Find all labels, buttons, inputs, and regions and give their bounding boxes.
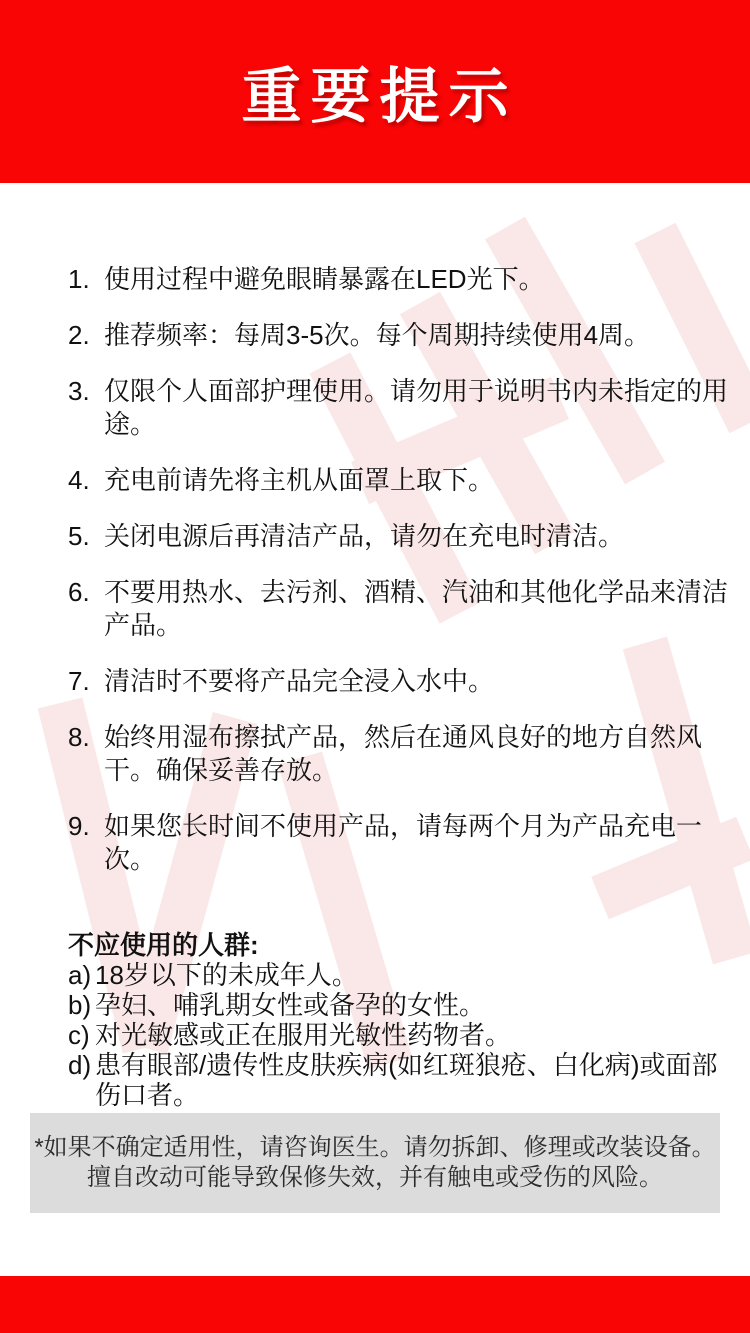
notice-number: 9. [68, 810, 104, 876]
footer-band [0, 1276, 750, 1333]
notice-text: 充电前请先将主机从面罩上取下。 [104, 464, 728, 497]
disclaimer-box: *如果不确定适用性，请咨询医生。请勿拆卸、修理或改装设备。 擅自改动可能导致保修… [30, 1113, 720, 1213]
notice-content: 1. 使用过程中避免眼睛暴露在LED光下。 2. 推荐频率：每周3-5次。每个周… [68, 263, 728, 1110]
exclusion-item: b) 孕妇、哺乳期女性或备孕的女性。 [68, 990, 728, 1020]
header-band: 重要提示 [0, 0, 750, 183]
exclusion-text: 18岁以下的未成年人。 [95, 960, 728, 990]
notice-text: 使用过程中避免眼睛暴露在LED光下。 [104, 263, 728, 296]
notice-item: 1. 使用过程中避免眼睛暴露在LED光下。 [68, 263, 728, 296]
notice-number: 1. [68, 263, 104, 296]
important-notice-page: 重要提示 1. 使用过程中避免眼睛暴露在LED光下。 2. 推荐频率：每周3-5… [0, 0, 750, 1333]
disclaimer-line: 擅自改动可能导致保修失效，并有触电或受伤的风险。 [30, 1163, 720, 1193]
notice-item: 5. 关闭电源后再清洁产品，请勿在充电时清洁。 [68, 520, 728, 553]
notice-number: 7. [68, 665, 104, 698]
notice-item: 6. 不要用热水、去污剂、酒精、汽油和其他化学品来清洁产品。 [68, 576, 728, 642]
exclusion-prefix: d) [68, 1050, 95, 1110]
exclusions-heading: 不应使用的人群: [68, 930, 728, 960]
notice-number: 8. [68, 721, 104, 787]
notice-text: 如果您长时间不使用产品，请每两个月为产品充电一次。 [104, 810, 728, 876]
exclusion-item: d) 患有眼部/遗传性皮肤疾病(如红斑狼疮、白化病)或面部伤口者。 [68, 1050, 728, 1110]
exclusion-item: c) 对光敏感或正在服用光敏性药物者。 [68, 1020, 728, 1050]
exclusion-prefix: b) [68, 990, 95, 1020]
notice-number: 3. [68, 375, 104, 441]
notice-text: 始终用湿布擦拭产品，然后在通风良好的地方自然风干。确保妥善存放。 [104, 721, 728, 787]
disclaimer-line: *如果不确定适用性，请咨询医生。请勿拆卸、修理或改装设备。 [30, 1133, 720, 1163]
notice-text: 清洁时不要将产品完全浸入水中。 [104, 665, 728, 698]
notice-text: 关闭电源后再清洁产品，请勿在充电时清洁。 [104, 520, 728, 553]
notice-item: 9. 如果您长时间不使用产品，请每两个月为产品充电一次。 [68, 810, 728, 876]
notice-item: 4. 充电前请先将主机从面罩上取下。 [68, 464, 728, 497]
notice-number: 5. [68, 520, 104, 553]
exclusion-prefix: c) [68, 1020, 95, 1050]
exclusion-text: 患有眼部/遗传性皮肤疾病(如红斑狼疮、白化病)或面部伤口者。 [95, 1050, 728, 1110]
exclusion-text: 孕妇、哺乳期女性或备孕的女性。 [95, 990, 728, 1020]
notice-number: 6. [68, 576, 104, 642]
notice-item: 3. 仅限个人面部护理使用。请勿用于说明书内未指定的用途。 [68, 375, 728, 441]
exclusion-prefix: a) [68, 960, 95, 990]
notice-text: 不要用热水、去污剂、酒精、汽油和其他化学品来清洁产品。 [104, 576, 728, 642]
exclusion-text: 对光敏感或正在服用光敏性药物者。 [95, 1020, 728, 1050]
notice-text: 仅限个人面部护理使用。请勿用于说明书内未指定的用途。 [104, 375, 728, 441]
exclusion-item: a) 18岁以下的未成年人。 [68, 960, 728, 990]
notice-item: 7. 清洁时不要将产品完全浸入水中。 [68, 665, 728, 698]
page-title: 重要提示 [233, 49, 518, 135]
notice-item: 2. 推荐频率：每周3-5次。每个周期持续使用4周。 [68, 319, 728, 352]
exclusions-section: 不应使用的人群: a) 18岁以下的未成年人。 b) 孕妇、哺乳期女性或备孕的女… [68, 930, 728, 1110]
notice-number: 4. [68, 464, 104, 497]
notice-item: 8. 始终用湿布擦拭产品，然后在通风良好的地方自然风干。确保妥善存放。 [68, 721, 728, 787]
notice-text: 推荐频率：每周3-5次。每个周期持续使用4周。 [104, 319, 728, 352]
notice-number: 2. [68, 319, 104, 352]
